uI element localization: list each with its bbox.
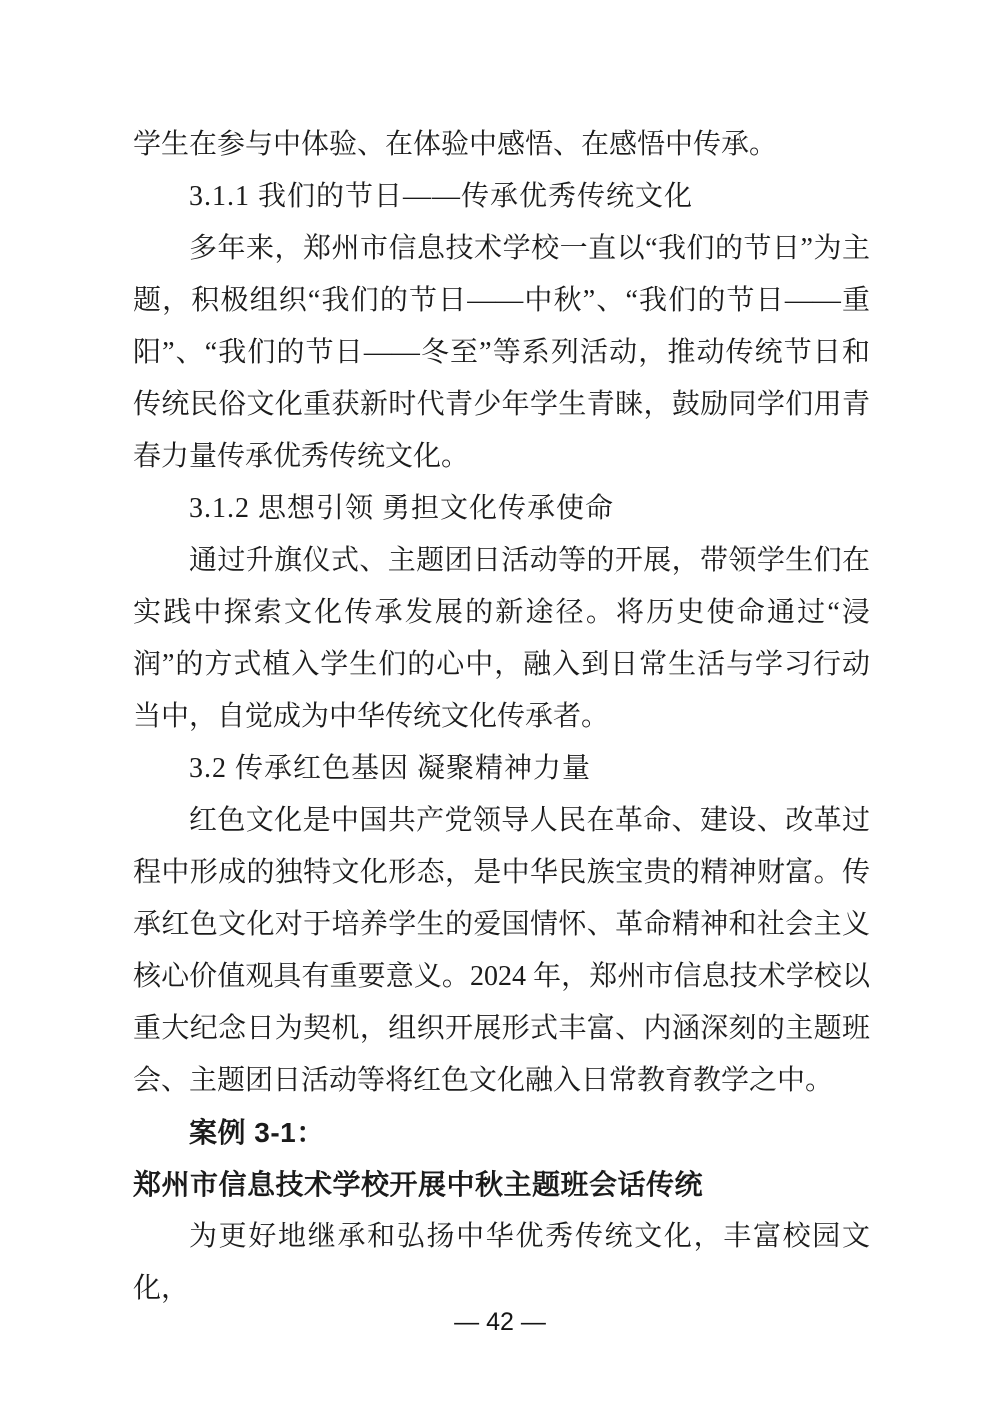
document-page: 学生在参与中体验、在体验中感悟、在感悟中传承。 3.1.1 我们的节日——传承优… — [0, 0, 1000, 1414]
case-title: 郑州市信息技术学校开展中秋主题班会话传统 — [133, 1159, 870, 1211]
paragraph-red-culture: 红色文化是中国共产党领导人民在革命、建设、改革过程中形成的独特文化形态，是中华民… — [133, 795, 870, 1107]
page-body: 学生在参与中体验、在体验中感悟、在感悟中传承。 3.1.1 我们的节日——传承优… — [133, 119, 870, 1315]
case-label: 案例 3-1： — [133, 1107, 870, 1159]
paragraph-case-intro: 为更好地继承和弘扬中华优秀传统文化，丰富校园文化， — [133, 1211, 870, 1315]
paragraph-continuation: 学生在参与中体验、在体验中感悟、在感悟中传承。 — [133, 119, 870, 171]
paragraph-flag-ceremony: 通过升旗仪式、主题团日活动等的开展，带领学生们在实践中探索文化传承发展的新途径。… — [133, 535, 870, 743]
paragraph-festivals: 多年来，郑州市信息技术学校一直以“我们的节日”为主题，积极组织“我们的节日——中… — [133, 223, 870, 483]
section-heading-3-2: 3.2 传承红色基因 凝聚精神力量 — [133, 743, 870, 795]
section-heading-3-1-1: 3.1.1 我们的节日——传承优秀传统文化 — [133, 171, 870, 223]
page-number: — 42 — — [0, 1306, 1000, 1338]
section-heading-3-1-2: 3.1.2 思想引领 勇担文化传承使命 — [133, 483, 870, 535]
